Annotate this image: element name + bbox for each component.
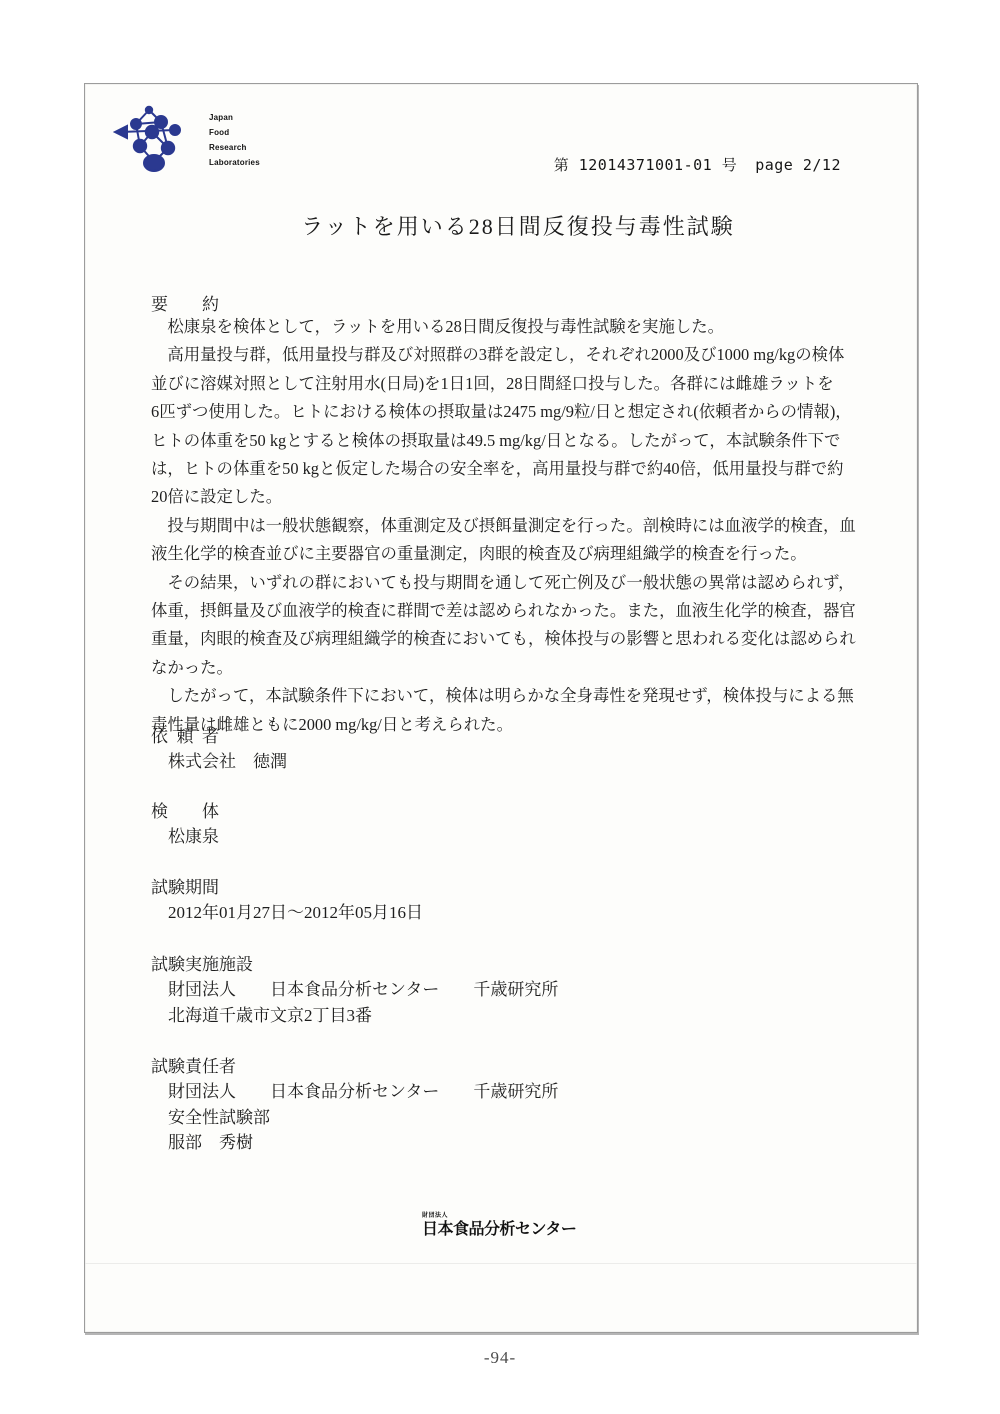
summary-body: 松康泉を検体として，ラットを用いる28日間反復投与毒性試験を実施した。 高用量投…: [151, 313, 867, 739]
jfrl-logo: Japan Food Research Laboratories: [113, 100, 313, 180]
logo-word: Research: [209, 140, 260, 155]
page-indicator: page 2/12: [755, 156, 841, 174]
summary-line: 体重，摂餌量及び血液学的検査に群間で差は認められなかった。また，血液生化学的検査…: [151, 597, 867, 625]
summary-line: 松康泉を検体として，ラットを用いる28日間反復投与毒性試験を実施した。: [151, 313, 867, 341]
scan-artifact-line: [85, 1263, 917, 1264]
summary-line: 投与期間中は一般状態観察，体重測定及び摂餌量測定を行った。剖検時には血液学的検査…: [151, 512, 867, 540]
section-line: 財団法人 日本食品分析センター 千歳研究所: [151, 977, 558, 1002]
section-heading: 試験期間: [151, 875, 423, 900]
section-heading: 試験責任者: [151, 1054, 558, 1079]
section-heading: 検 体: [151, 799, 219, 824]
summary-line: 重量，肉眼的検査及び病理組織学的検査においても，検体投与の影響と思われる変化は認…: [151, 625, 867, 653]
page-number: -94-: [0, 1348, 1000, 1368]
section-line: 服部 秀樹: [151, 1130, 558, 1155]
section-line: 株式会社 徳潤: [151, 749, 287, 774]
summary-line: 並びに溶媒対照として注射用水(日局)を1日1回，28日間経口投与した。各群には雌…: [151, 370, 867, 398]
section-line: 北海道千歳市文京2丁目3番: [151, 1003, 558, 1028]
logo-word: Food: [209, 125, 260, 140]
report-title: ラットを用いる28日間反復投与毒性試験: [85, 210, 917, 241]
logo-word: Laboratories: [209, 155, 260, 170]
section-specimen: 検 体 松康泉: [151, 799, 219, 850]
molecule-icon: [113, 100, 193, 180]
section-test-facility: 試験実施施設 財団法人 日本食品分析センター 千歳研究所 北海道千歳市文京2丁目…: [151, 952, 558, 1028]
section-line: 安全性試験部: [151, 1105, 558, 1130]
summary-line: したがって，本試験条件下において，検体は明らかな全身毒性を発現せず，検体投与によ…: [151, 682, 867, 710]
section-heading: 試験実施施設: [151, 952, 558, 977]
footer-org-logo: 財団法人 日本食品分析センター: [422, 1213, 576, 1239]
summary-line: なかった。: [151, 654, 867, 682]
doc-number-line: 第 12014371001-01 号page 2/12: [554, 154, 841, 175]
section-line: 2012年01月27日～2012年05月16日: [151, 900, 423, 925]
scanned-report-page: Japan Food Research Laboratories 第 12014…: [84, 83, 918, 1333]
summary-line: 20倍に設定した。: [151, 483, 867, 511]
summary-line: は，ヒトの体重を50 kgと仮定した場合の安全率を，高用量投与群で約40倍，低用…: [151, 455, 867, 483]
footer-org-name: 日本食品分析センター: [422, 1220, 576, 1239]
summary-heading: 要 約: [151, 290, 219, 315]
section-line: 松康泉: [151, 824, 219, 849]
document-viewer: { "header": { "doc_number": "第 120143710…: [0, 0, 1000, 1414]
section-heading: 依 頼 者: [151, 724, 287, 749]
summary-line: 6匹ずつ使用した。ヒトにおける検体の摂取量は2475 mg/9粒/日と想定され(…: [151, 398, 867, 426]
section-line: 財団法人 日本食品分析センター 千歳研究所: [151, 1079, 558, 1104]
section-requester: 依 頼 者 株式会社 徳潤: [151, 724, 287, 775]
footer-org-small-label: 財団法人: [422, 1213, 576, 1220]
section-test-period: 試験期間 2012年01月27日～2012年05月16日: [151, 875, 423, 926]
summary-line: その結果，いずれの群においても投与期間を通して死亡例及び一般状態の異常は認められ…: [151, 569, 867, 597]
section-study-director: 試験責任者 財団法人 日本食品分析センター 千歳研究所 安全性試験部 服部 秀樹: [151, 1054, 558, 1155]
summary-line: ヒトの体重を50 kgとすると検体の摂取量は49.5 mg/kg/日となる。した…: [151, 427, 867, 455]
doc-number: 第 12014371001-01 号: [554, 156, 738, 174]
summary-line: 液生化学的検査並びに主要器官の重量測定，肉眼的検査及び病理組織学的検査を行った。: [151, 540, 867, 568]
logo-word: Japan: [209, 110, 260, 125]
summary-line: 高用量投与群，低用量投与群及び対照群の3群を設定し，それぞれ2000及び1000…: [151, 341, 867, 369]
jfrl-logo-text: Japan Food Research Laboratories: [209, 110, 260, 170]
